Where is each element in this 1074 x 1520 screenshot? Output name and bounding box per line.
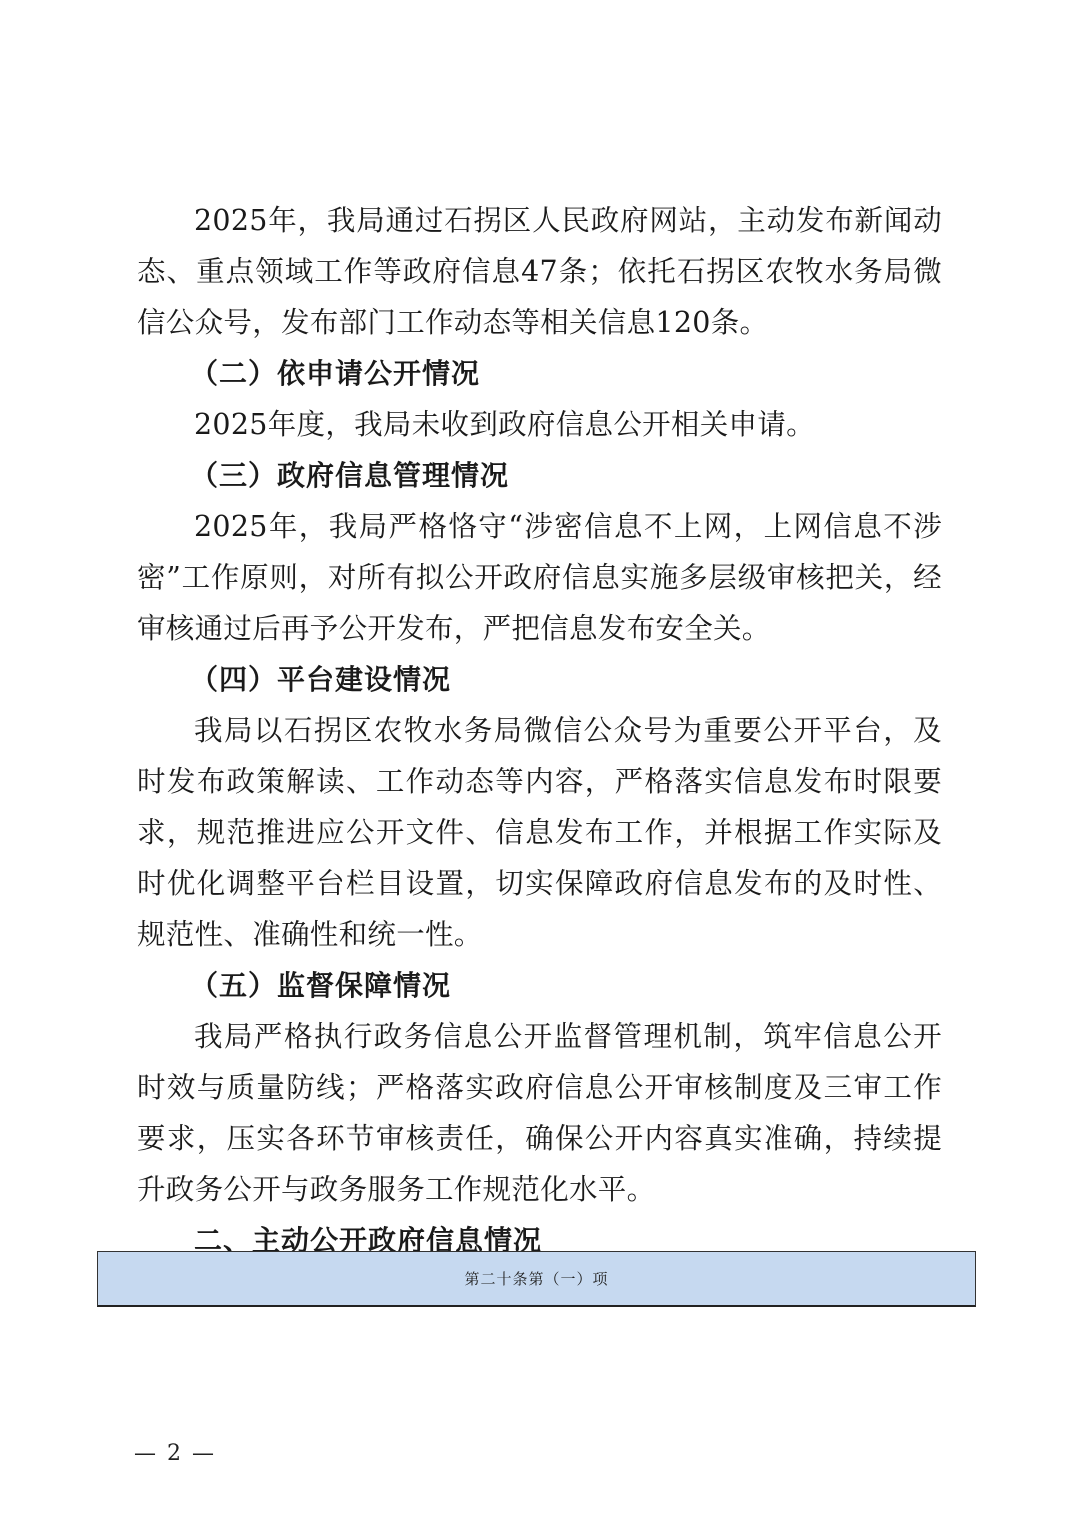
subheading-supervision: （五）监督保障情况 <box>137 960 942 1011</box>
subheading-information-management: （三）政府信息管理情况 <box>137 450 942 501</box>
disclosure-table-header: 第二十条第（一）项 <box>97 1251 976 1307</box>
subheading-platform-construction: （四）平台建设情况 <box>137 654 942 705</box>
paragraph-platform-construction: 我局以石拐区农牧水务局微信公众号为重要公开平台，及时发布政策解读、工作动态等内容… <box>137 705 942 960</box>
document-page: 2025年，我局通过石拐区人民政府网站，主动发布新闻动态、重点领域工作等政府信息… <box>0 0 1074 1520</box>
paragraph-information-management: 2025年，我局严格恪守“涉密信息不上网，上网信息不涉密”工作原则，对所有拟公开… <box>137 501 942 654</box>
page-number: — 2 — <box>134 1441 216 1466</box>
document-body: 2025年，我局通过石拐区人民政府网站，主动发布新闻动态、重点领域工作等政府信息… <box>137 195 942 1266</box>
paragraph-supervision: 我局严格执行政务信息公开监督管理机制，筑牢信息公开时效与质量防线；严格落实政府信… <box>137 1011 942 1215</box>
paragraph-website-publishing: 2025年，我局通过石拐区人民政府网站，主动发布新闻动态、重点领域工作等政府信息… <box>137 195 942 348</box>
table-header-label: 第二十条第（一）项 <box>464 1268 608 1289</box>
subheading-application-disclosure: （二）依申请公开情况 <box>137 348 942 399</box>
paragraph-application-disclosure: 2025年度，我局未收到政府信息公开相关申请。 <box>137 399 942 450</box>
